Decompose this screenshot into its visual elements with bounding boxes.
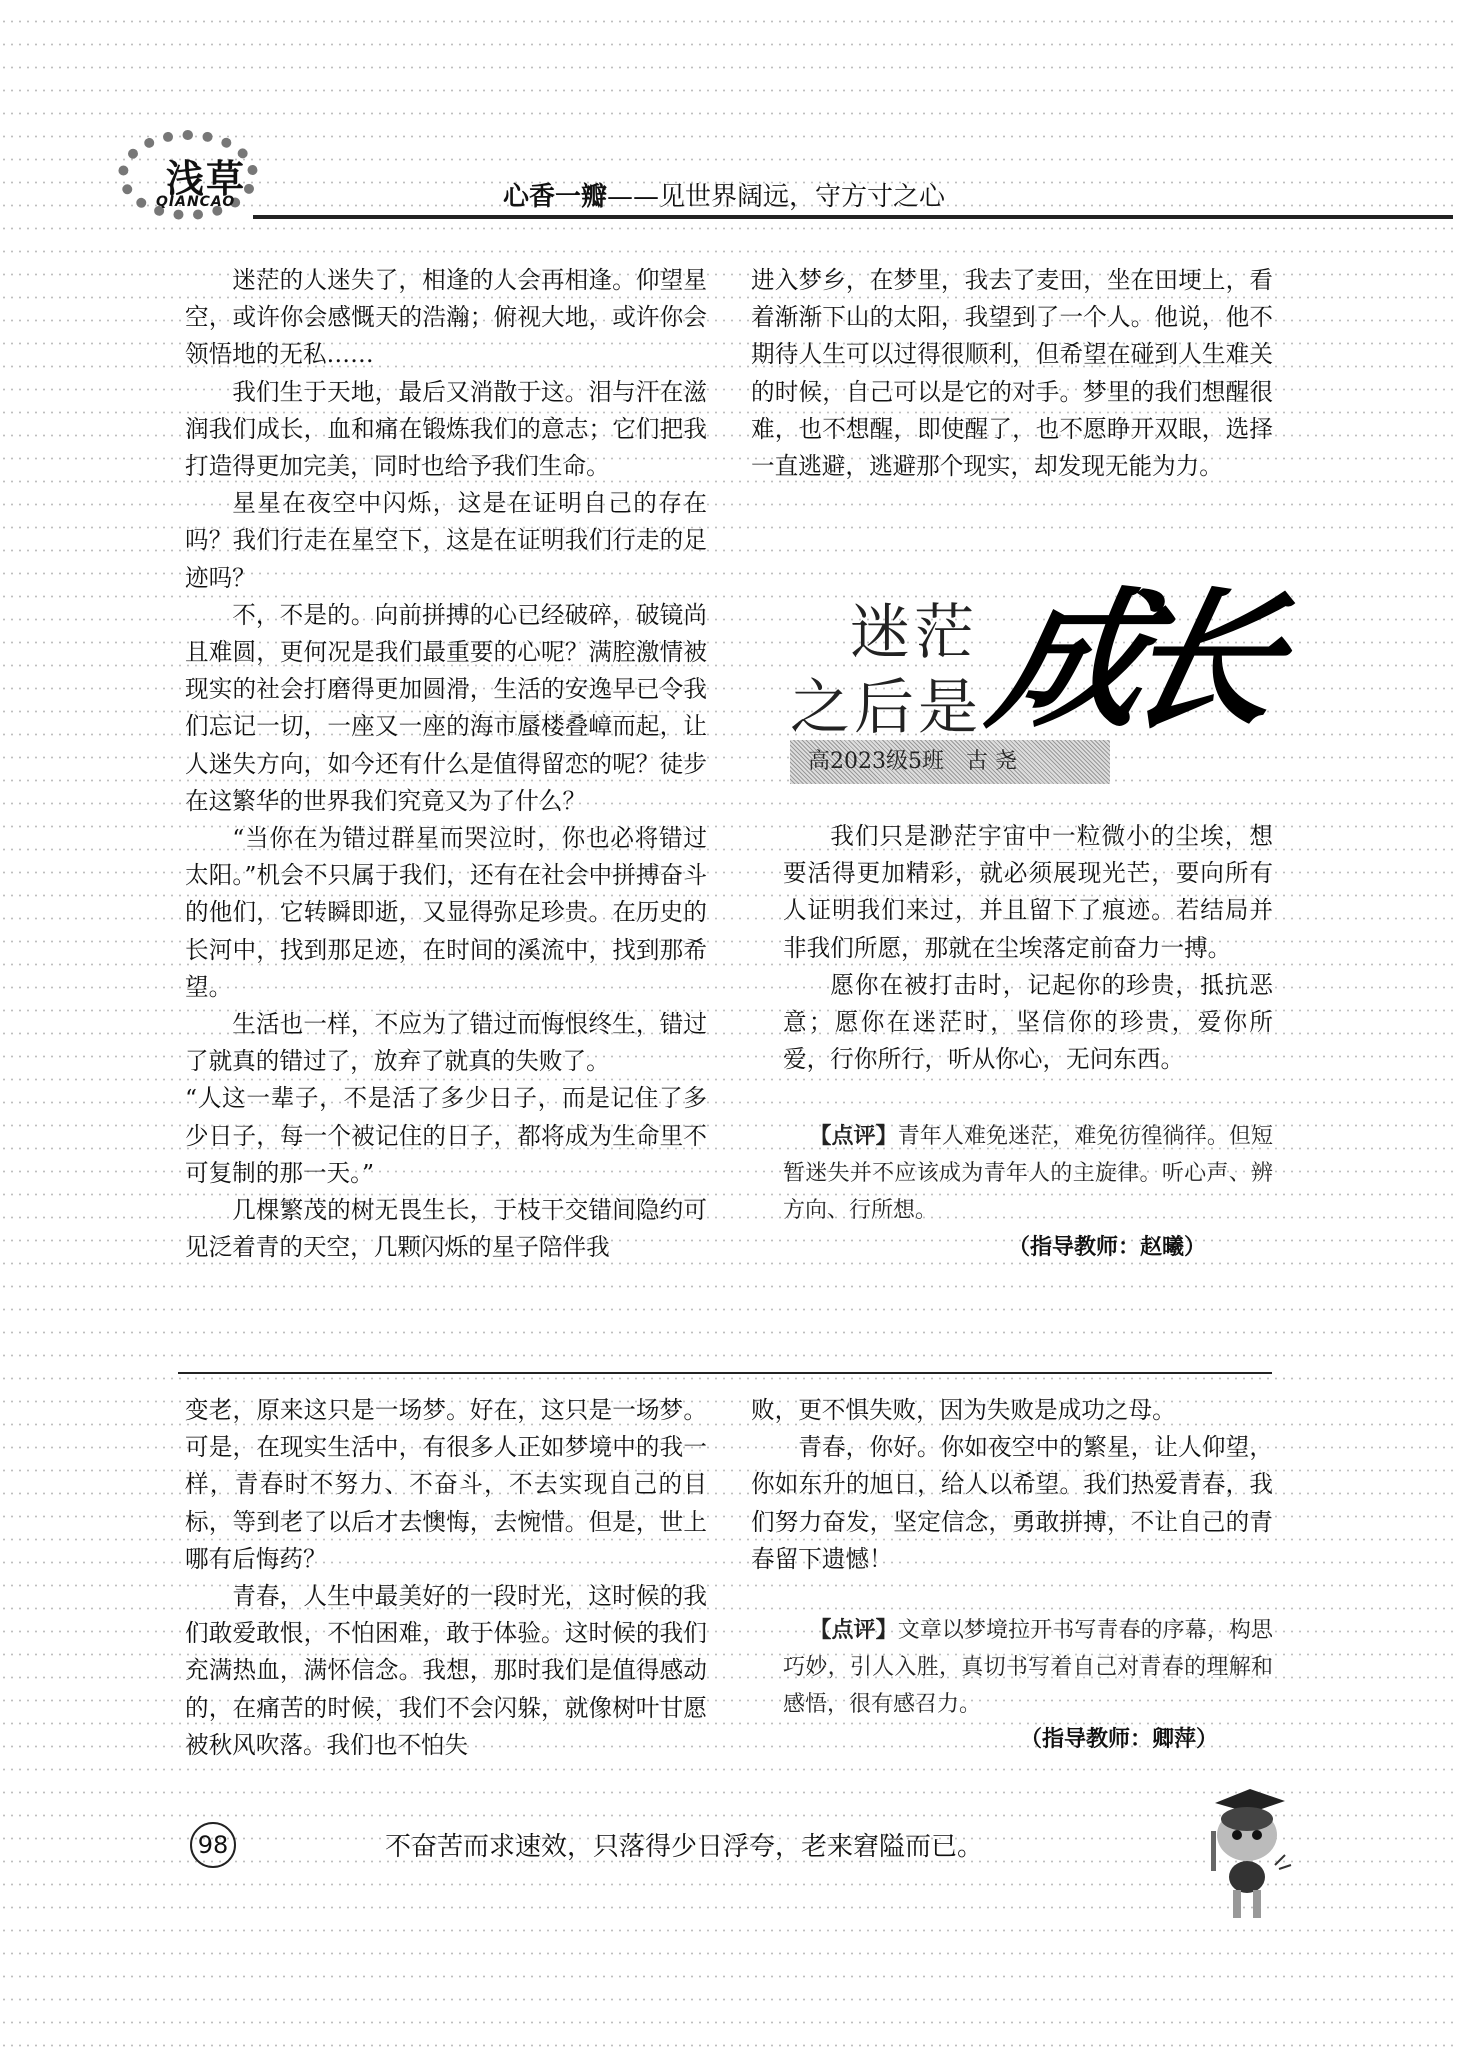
- paragraph: 愿你在被打击时，记起你的珍贵，抵抗恶意；愿你在迷茫时，坚信你的珍贵，爱你所爱，行…: [783, 967, 1273, 1079]
- paragraph: 变老，原来这只是一场梦。好在，这只是一场梦。可是，在现实生活中，有很多人正如梦境…: [185, 1392, 707, 1578]
- paragraph: 星星在夜空中闪烁，这是在证明自己的存在吗？我们行走在星空下，这是在证明我们行走的…: [185, 485, 707, 597]
- paragraph: 青春，你好。你如夜空中的繁星，让人仰望，你如东升的旭日，给人以希望。我们热爱青春…: [751, 1429, 1273, 1578]
- paragraph: 进入梦乡，在梦里，我去了麦田，坐在田埂上，看着渐渐下山的太阳，我望到了一个人。他…: [751, 262, 1273, 485]
- article-column-bottom-left: 变老，原来这只是一场梦。好在，这只是一场梦。可是，在现实生活中，有很多人正如梦境…: [185, 1392, 707, 1764]
- paragraph: 几棵繁茂的树无畏生长，于枝干交错间隐约可见泛着青的天空，几颗闪烁的星子陪伴我: [185, 1192, 707, 1266]
- paragraph: “人这一辈子，不是活了多少日子，而是记住了多少日子，每一个被记住的日子，都将成为…: [185, 1080, 707, 1192]
- mascot-graduate-icon: [1195, 1785, 1295, 1925]
- paragraph: 不，不是的。向前拼搏的心已经破碎，破镜尚且难圆，更何况是我们最重要的心呢？满腔激…: [185, 597, 707, 820]
- title-line-1: 迷茫: [850, 585, 978, 671]
- article-column-right-mid: 我们只是渺茫宇宙中一粒微小的尘埃，想要活得更加精彩，就必须展现光芒，要向所有人证…: [783, 818, 1273, 1078]
- section-dash: ——: [607, 182, 659, 212]
- section-name: 心香一瓣: [503, 182, 607, 212]
- byline-class: 高2023级5班: [808, 749, 944, 774]
- author-byline: 高2023级5班古 尧: [790, 740, 1110, 784]
- logo-latin: QIANCAO: [156, 194, 235, 210]
- paragraph: 败，更不惧失败，因为失败是成功之母。: [751, 1392, 1273, 1429]
- paragraph: 我们生于天地，最后又消散于这。泪与汗在滋润我们成长，血和痛在锻炼我们的意志；它们…: [185, 374, 707, 486]
- advisor-credit: （指导教师：赵曦）: [1008, 1230, 1206, 1261]
- editor-comment: 【点评】青年人难免迷茫，难免彷徨徜徉。但短暂迷失并不应该成为青年人的主旋律。听心…: [783, 1118, 1273, 1229]
- article-column-top-right: 进入梦乡，在梦里，我去了麦田，坐在田埂上，看着渐渐下山的太阳，我望到了一个人。他…: [751, 262, 1273, 485]
- title-calligraphy: 成长: [977, 540, 1287, 756]
- section-divider: [178, 1372, 1272, 1374]
- section-tagline: 见世界阔远，守方寸之心: [659, 182, 945, 212]
- magazine-logo: 浅草 QIANCAO: [118, 130, 268, 225]
- paragraph: “当你在为错过群星而哭泣时，你也必将错过太阳。”机会不只属于我们，还有在社会中拼…: [185, 820, 707, 1006]
- paragraph: 生活也一样，不应为了错过而悔恨终生，错过了就真的错过了，放弃了就真的失败了。: [185, 1006, 707, 1080]
- advisor-credit: （指导教师：卿萍）: [1020, 1722, 1218, 1753]
- paragraph: 迷茫的人迷失了，相逢的人会再相逢。仰望星空，或许你会感慨天的浩瀚；俯视大地，或许…: [185, 262, 707, 374]
- section-header: 心香一瓣——见世界阔远，守方寸之心: [503, 176, 945, 213]
- paragraph: 我们只是渺茫宇宙中一粒微小的尘埃，想要活得更加精彩，就必须展现光芒，要向所有人证…: [783, 818, 1273, 967]
- byline-author: 古 尧: [966, 749, 1017, 774]
- article-column-bottom-right: 败，更不惧失败，因为失败是成功之母。 青春，你好。你如夜空中的繁星，让人仰望，你…: [751, 1392, 1273, 1578]
- header-rule: [253, 215, 1453, 219]
- comment-label: 【点评】: [809, 1124, 897, 1149]
- title-line-2: 之后是: [790, 660, 982, 746]
- editor-comment: 【点评】文章以梦境拉开书写青春的序幕，构思巧妙，引人入胜，真切书写着自己对青春的…: [783, 1612, 1273, 1723]
- article-column-top-left: 迷茫的人迷失了，相逢的人会再相逢。仰望星空，或许你会感慨天的浩瀚；俯视大地，或许…: [185, 262, 707, 1266]
- paragraph: 青春，人生中最美好的一段时光，这时候的我们敢爱敢恨，不怕困难，敢于体验。这时候的…: [185, 1578, 707, 1764]
- page-number: 98: [190, 1822, 236, 1868]
- comment-label: 【点评】: [809, 1618, 897, 1643]
- footer-quote: 不奋苦而求速效，只落得少日浮夸，老来窘隘而已。: [385, 1826, 983, 1863]
